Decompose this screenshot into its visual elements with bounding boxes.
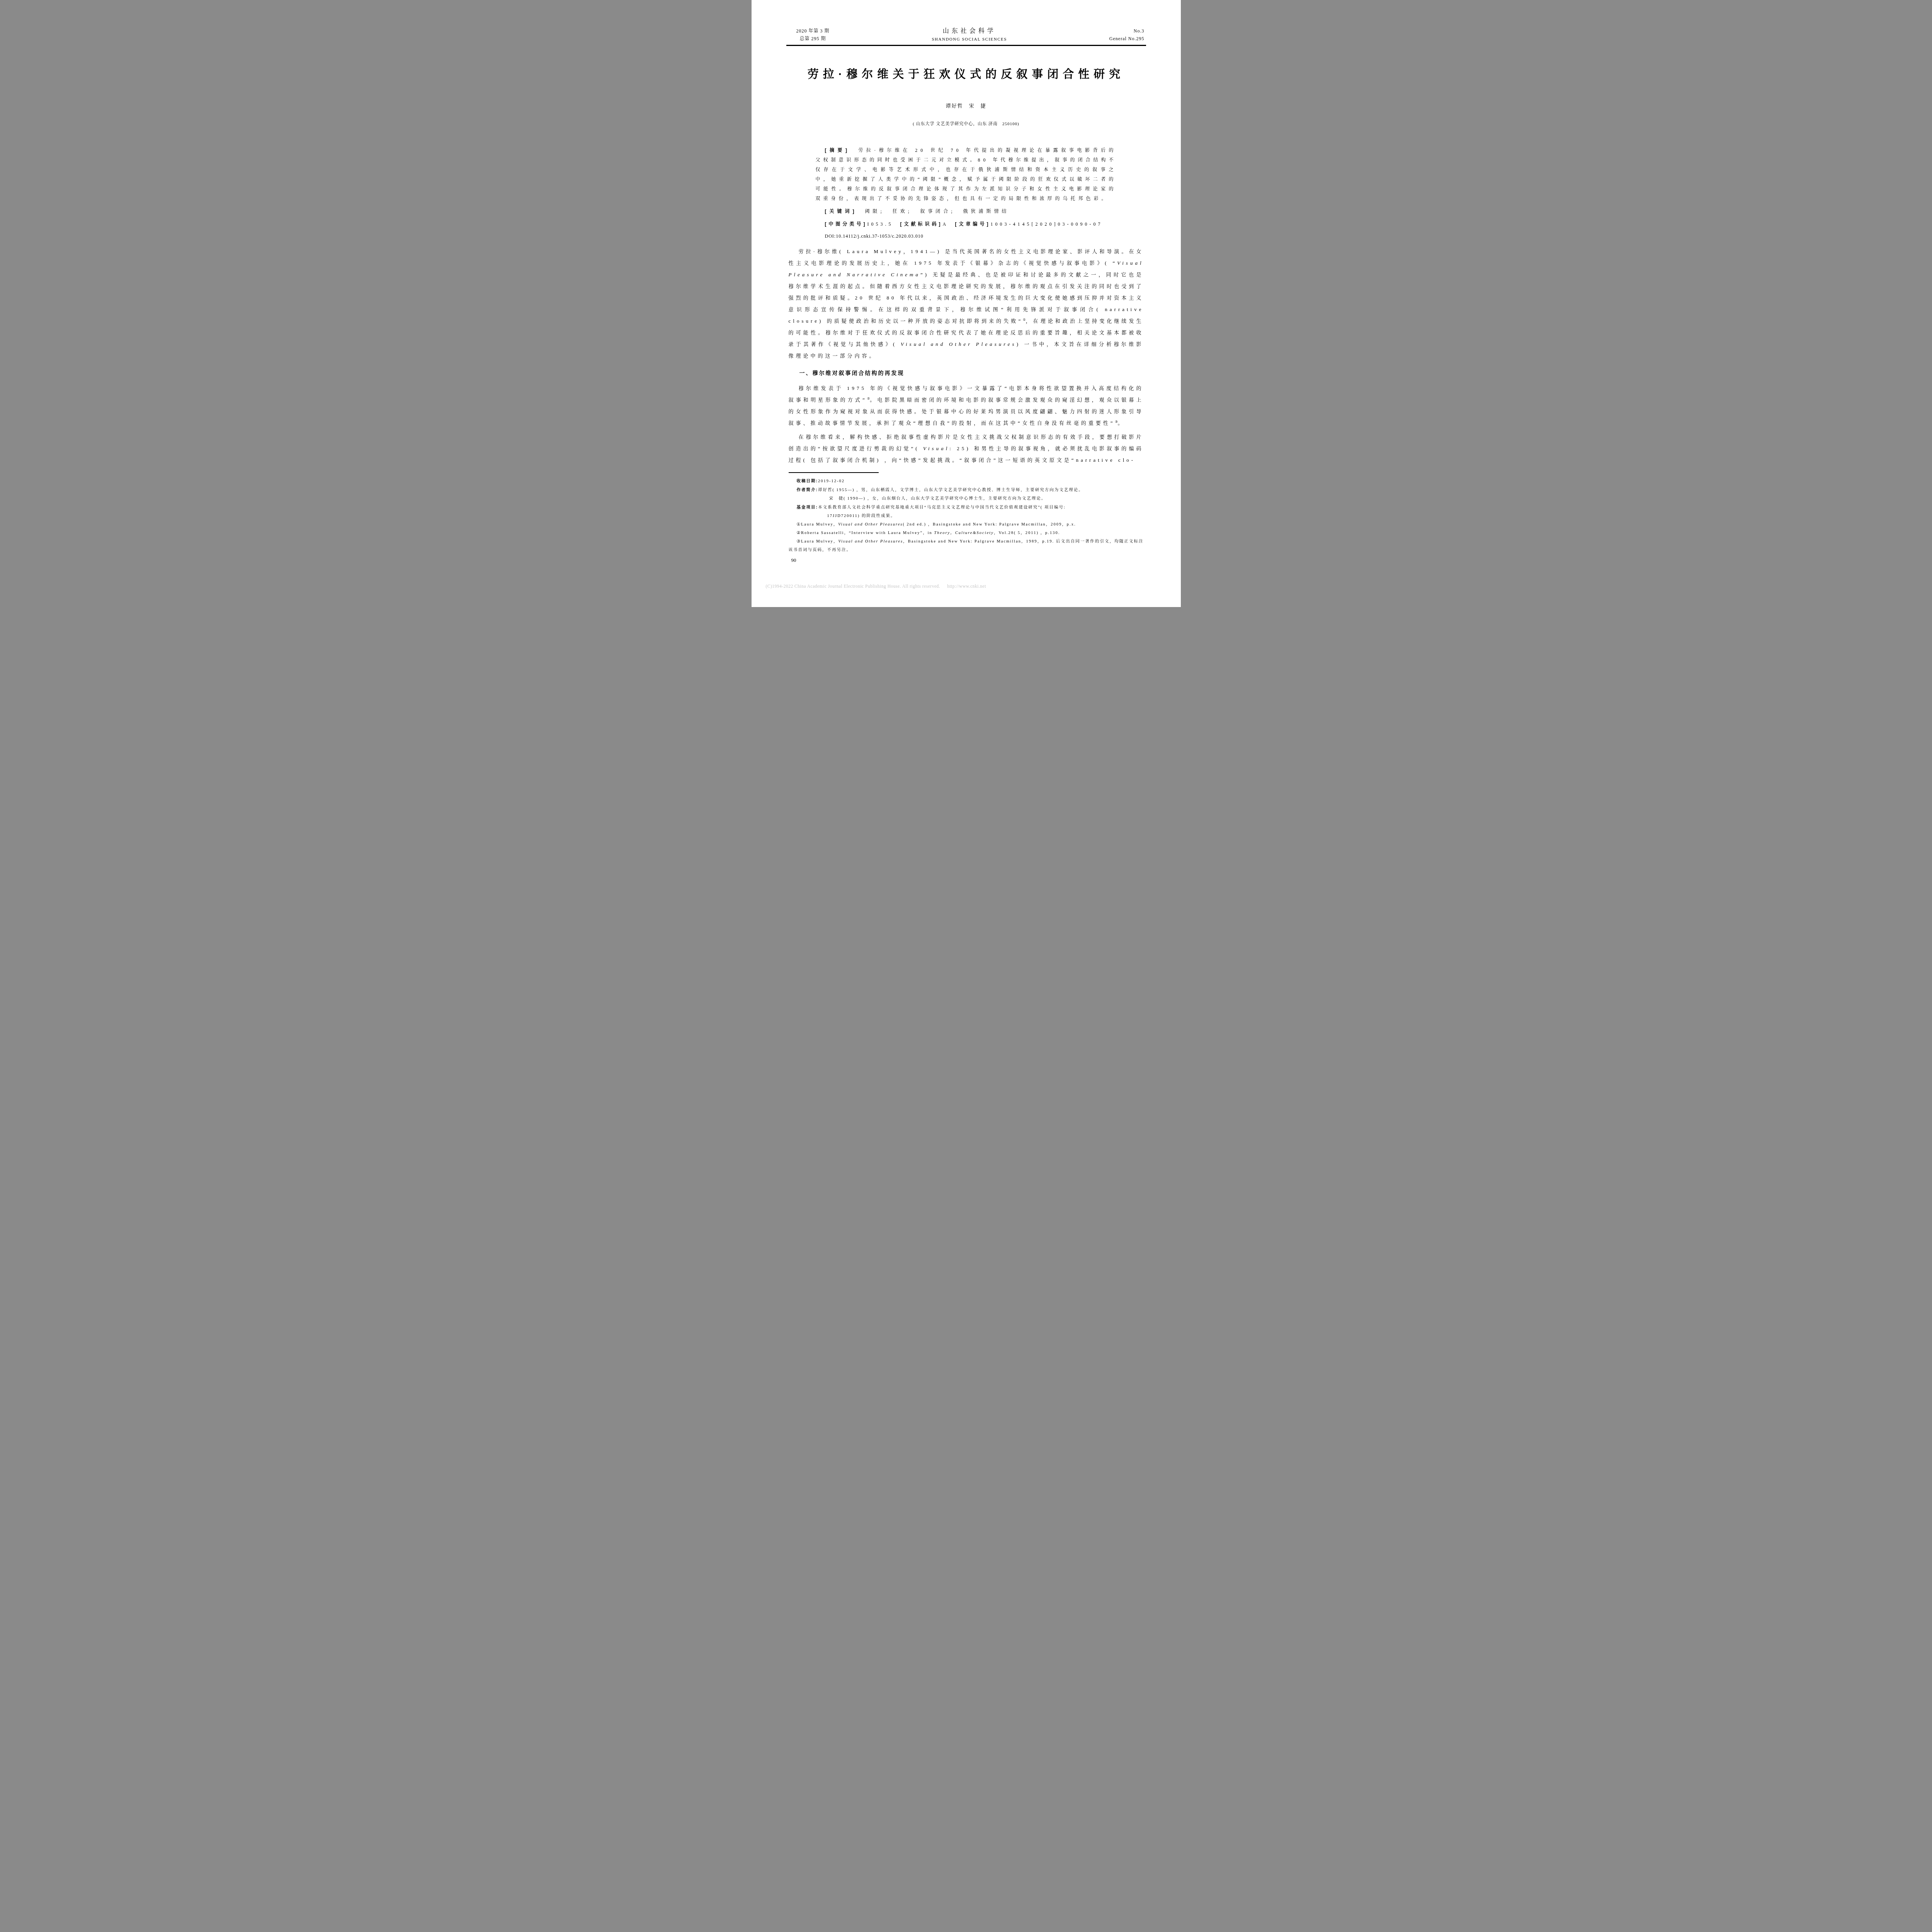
issue-general-no-line: General No.295 xyxy=(1109,35,1145,43)
classification-line: [中图分类号]I053.5 [文献标识码]A [文章编号]1003-4145[2… xyxy=(816,219,1117,229)
copyright-footer: (C)1994-2022 China Academic Journal Elec… xyxy=(766,584,986,589)
issue-info: 2020 年第 3 期 总第 295 期 xyxy=(796,27,830,43)
header-rule xyxy=(786,45,1146,46)
footnote-reference-2: ②Roberta Sassatelli，“Interview with Laur… xyxy=(789,529,1144,537)
footnotes-block: 收稿日期:2019-12-02 作者简介:谭好哲( 1955—) ，男，山东栖霞… xyxy=(789,477,1144,554)
journal-page: 2020 年第 3 期 总第 295 期 山东社会科学 SHANDONG SOC… xyxy=(752,0,1181,607)
article-authors: 谭好哲 宋 捷 xyxy=(752,102,1181,109)
journal-title-cn: 山东社会科学 xyxy=(932,27,1007,36)
abstract-block: [摘要] 劳拉·穆尔维在 20 世纪 70 年代提出的凝视理论在暴露叙事电影背后… xyxy=(816,146,1117,241)
issue-number-en: No.3 General No.295 xyxy=(1109,27,1145,43)
footnote-separator xyxy=(789,472,879,473)
footnote-fund-project-1: 基金项目:本文系教育部人文社会科学重点研究基地重大项目“马克思主义文艺理论与中国… xyxy=(789,503,1144,512)
footnote-author-bio-2: 宋 捷( 1990—) ，女，山东烟台人，山东大学文艺美学研究中心博士生，主要研… xyxy=(789,495,1144,503)
article-body: 劳拉·穆尔维( Laura Mulvey，1941—) 是当代英国著名的女性主义… xyxy=(789,246,1144,554)
footnote-reference-3: ③Laura Mulvey，Visual and Other Pleasures… xyxy=(789,537,1144,554)
journal-title-en: SHANDONG SOCIAL SCIENCES xyxy=(932,36,1007,43)
journal-header: 2020 年第 3 期 总第 295 期 山东社会科学 SHANDONG SOC… xyxy=(786,0,1146,43)
page-number: 90 xyxy=(791,557,796,563)
abstract-text: [摘要] 劳拉·穆尔维在 20 世纪 70 年代提出的凝视理论在暴露叙事电影背后… xyxy=(816,146,1117,204)
body-paragraph-1: 劳拉·穆尔维( Laura Mulvey，1941—) 是当代英国著名的女性主义… xyxy=(789,246,1144,362)
copyright-text: (C)1994-2022 China Academic Journal Elec… xyxy=(766,584,940,589)
body-paragraph-3: 在穆尔维看来，解构快感、拒绝叙事性虚构影片是女性主义挑战父权制意识形态的有效手段… xyxy=(789,431,1144,466)
doi-line: DOI:10.14112/j.cnki.37-1053/c.2020.03.01… xyxy=(816,231,1117,241)
journal-title-block: 山东社会科学 SHANDONG SOCIAL SCIENCES xyxy=(932,27,1007,43)
footnote-received-date: 收稿日期:2019-12-02 xyxy=(789,477,1144,486)
issue-no-line: No.3 xyxy=(1109,27,1145,35)
keywords-line: [关键词] 阈限; 狂欢; 叙事闭合; 俄狄浦斯情结 xyxy=(816,207,1117,216)
issue-total-line: 总第 295 期 xyxy=(796,35,830,43)
issue-year-line: 2020 年第 3 期 xyxy=(796,27,830,35)
body-paragraph-2: 穆尔维发表于 1975 年的《视觉快感与叙事电影》一文暴露了“电影本身将性欲望置… xyxy=(789,383,1144,429)
section-heading-1: 一、穆尔维对叙事闭合结构的再发现 xyxy=(789,369,1144,377)
article-affiliation: ( 山东大学 文艺美学研究中心，山东 济南 250100) xyxy=(752,121,1181,127)
footnote-author-bio-1: 作者简介:谭好哲( 1955—) ，男，山东栖霞人，文学博士，山东大学文艺美学研… xyxy=(789,486,1144,495)
footnote-fund-project-2: 17JJD720011) 的阶段性成果。 xyxy=(789,512,1144,520)
article-title: 劳拉·穆尔维关于狂欢仪式的反叙事闭合性研究 xyxy=(752,67,1181,82)
footnote-reference-1: ①Laura Mulvey，Visual and Other Pleasures… xyxy=(789,520,1144,529)
copyright-url: http://www.cnki.net xyxy=(947,584,986,589)
